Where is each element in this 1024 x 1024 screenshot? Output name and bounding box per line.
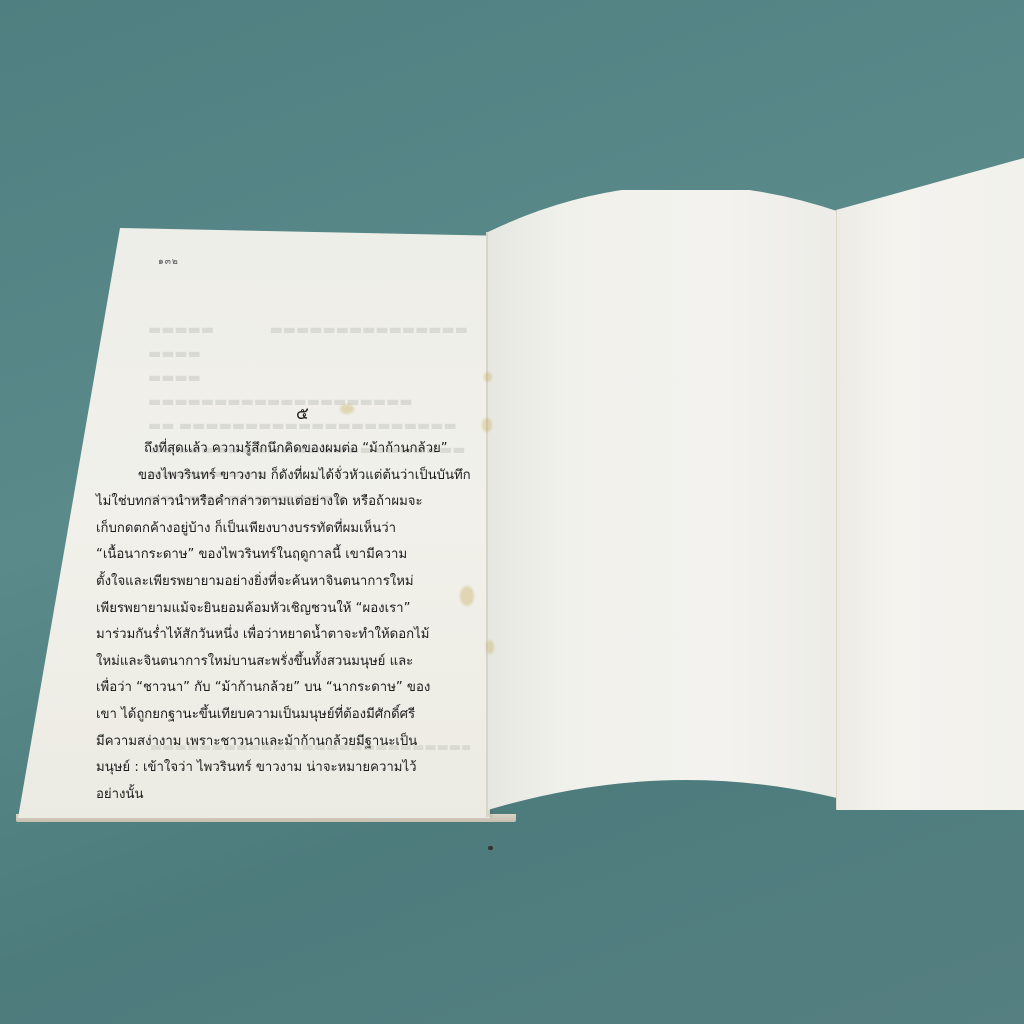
text-line: ใหม่และจินตนาการใหม่บานสะพรั่งขึ้นทั้งสว… [96, 649, 458, 676]
text-line: เพียรพยายามแม้จะยินยอมค้อมหัวเชิญชวนให้ … [96, 596, 458, 623]
text-line: มาร่วมกันร่ำไห้สักวันหนึ่ง เพื่อว่าหยาดน… [96, 622, 458, 649]
text-line: เขา ได้ถูกยกฐานะขึ้นเทียบความเป็นมนุษย์ท… [96, 702, 458, 729]
foxing-stain [482, 418, 492, 432]
text-line: ของไพวรินทร์ ขาวงาม ก็ดังที่ผมได้จั่วหัว… [96, 463, 458, 490]
text-line: อย่างนั้น [96, 782, 458, 809]
text-line: ไม่ใช่บทกล่าวนำหรือคำกล่าวตามแต่อย่างใด … [96, 489, 458, 516]
page-number: ๑๓๒ [158, 254, 179, 268]
text-line: ตั้งใจและเพียรพยายามอย่างยิ่งที่จะค้นหาจ… [96, 569, 458, 596]
bleed-through-text: ▬▬▬▬▬▬▬▬▬▬▬▬ ▬▬▬▬▬▬▬▬▬▬▬▬▬▬▬▬▬▬▬ [150, 740, 470, 755]
section-numeral: ๕ [296, 400, 309, 427]
blank-right-page [836, 158, 1024, 810]
text-line: ถึงที่สุดแล้ว ความรู้สึกนึกคิดของผมต่อ “… [96, 436, 458, 463]
blank-middle-page [488, 190, 880, 810]
text-line: เก็บกดตกค้างอยู่บ้าง ก็เป็นเพียงบางบรรทั… [96, 516, 458, 543]
debris-speck [488, 846, 493, 850]
foxing-stain [484, 372, 492, 382]
text-line: เพื่อว่า “ชาวนา” กับ “ม้าก้านกล้วย” บน “… [96, 675, 458, 702]
text-line: “เนื้อนากระดาษ” ของไพวรินทร์ในฤดูกาลนี้ … [96, 542, 458, 569]
foxing-stain [486, 640, 494, 654]
text-line: มนุษย์ : เข้าใจว่า ไพวรินทร์ ขาวงาม น่าจ… [96, 755, 458, 782]
foxing-stain [460, 586, 474, 606]
